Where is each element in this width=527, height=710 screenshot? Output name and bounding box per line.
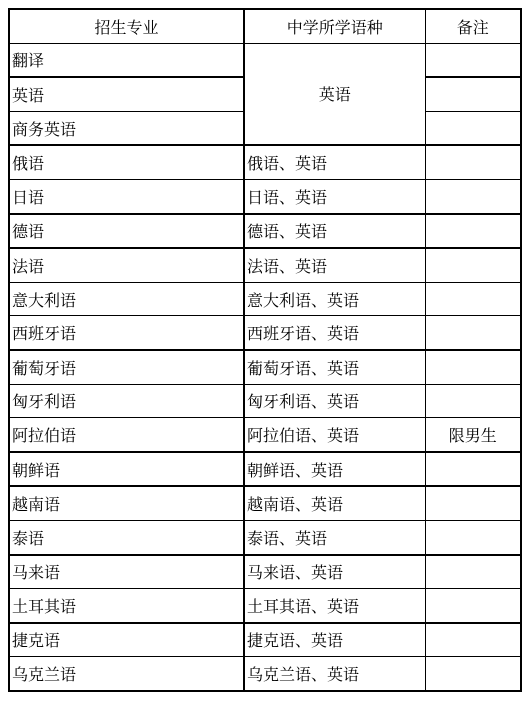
major-cell: 葡萄牙语 [9,350,244,384]
remark-cell [425,214,521,249]
languages-cell: 德语、英语 [244,214,425,249]
remark-cell [425,77,521,111]
remark-cell [425,111,521,145]
remark-cell [425,589,521,623]
major-cell: 商务英语 [9,111,244,145]
major-cell: 日语 [9,179,244,213]
major-cell: 泰语 [9,520,244,554]
table-row: 阿拉伯语 阿拉伯语、英语 限男生 [9,418,521,452]
admissions-table: 招生专业 中学所学语种 备注 翻译 英语 英语 商务英语 俄语 俄语、英语 日语… [8,8,522,692]
header-row: 招生专业 中学所学语种 备注 [9,9,521,43]
major-cell: 阿拉伯语 [9,418,244,452]
major-cell: 乌克兰语 [9,657,244,691]
remark-cell [425,43,521,77]
table-row: 俄语 俄语、英语 [9,145,521,179]
major-cell: 法语 [9,248,244,282]
languages-cell: 俄语、英语 [244,145,425,179]
table-row: 乌克兰语 乌克兰语、英语 [9,657,521,691]
major-cell: 捷克语 [9,623,244,657]
languages-cell: 日语、英语 [244,179,425,213]
languages-cell: 泰语、英语 [244,520,425,554]
remark-cell: 限男生 [425,418,521,452]
languages-cell: 葡萄牙语、英语 [244,350,425,384]
remark-cell [425,248,521,282]
table-row: 泰语 泰语、英语 [9,520,521,554]
header-cell-language: 中学所学语种 [244,9,425,43]
table-row: 西班牙语 西班牙语、英语 [9,316,521,350]
table-row: 法语 法语、英语 [9,248,521,282]
remark-cell [425,520,521,554]
remark-cell [425,179,521,213]
languages-cell: 乌克兰语、英语 [244,657,425,691]
remark-cell [425,316,521,350]
remark-cell [425,384,521,418]
major-cell: 俄语 [9,145,244,179]
remark-cell [425,555,521,589]
remark-cell [425,282,521,316]
major-cell: 朝鲜语 [9,452,244,487]
table-row: 越南语 越南语、英语 [9,486,521,520]
remark-cell [425,452,521,487]
merged-language-cell: 英语 [244,43,425,145]
table-row: 马来语 马来语、英语 [9,555,521,589]
major-cell: 越南语 [9,486,244,520]
languages-cell: 捷克语、英语 [244,623,425,657]
languages-cell: 匈牙利语、英语 [244,384,425,418]
major-cell: 意大利语 [9,282,244,316]
table-row: 捷克语 捷克语、英语 [9,623,521,657]
languages-cell: 朝鲜语、英语 [244,452,425,487]
major-cell: 英语 [9,77,244,111]
remark-cell [425,657,521,691]
major-cell: 马来语 [9,555,244,589]
languages-cell: 土耳其语、英语 [244,589,425,623]
table-row: 德语 德语、英语 [9,214,521,249]
languages-cell: 法语、英语 [244,248,425,282]
table-row: 葡萄牙语 葡萄牙语、英语 [9,350,521,384]
languages-cell: 越南语、英语 [244,486,425,520]
table-row: 翻译 英语 [9,43,521,77]
major-cell: 匈牙利语 [9,384,244,418]
major-cell: 西班牙语 [9,316,244,350]
table-row: 匈牙利语 匈牙利语、英语 [9,384,521,418]
header-cell-major: 招生专业 [9,9,244,43]
table-row: 意大利语 意大利语、英语 [9,282,521,316]
remark-cell [425,486,521,520]
table-row: 土耳其语 土耳其语、英语 [9,589,521,623]
major-cell: 德语 [9,214,244,249]
major-cell: 土耳其语 [9,589,244,623]
header-cell-remark: 备注 [425,9,521,43]
remark-cell [425,623,521,657]
languages-cell: 意大利语、英语 [244,282,425,316]
table-row: 朝鲜语 朝鲜语、英语 [9,452,521,487]
languages-cell: 西班牙语、英语 [244,316,425,350]
remark-cell [425,350,521,384]
languages-cell: 马来语、英语 [244,555,425,589]
table-row: 日语 日语、英语 [9,179,521,213]
languages-cell: 阿拉伯语、英语 [244,418,425,452]
remark-cell [425,145,521,179]
major-cell: 翻译 [9,43,244,77]
